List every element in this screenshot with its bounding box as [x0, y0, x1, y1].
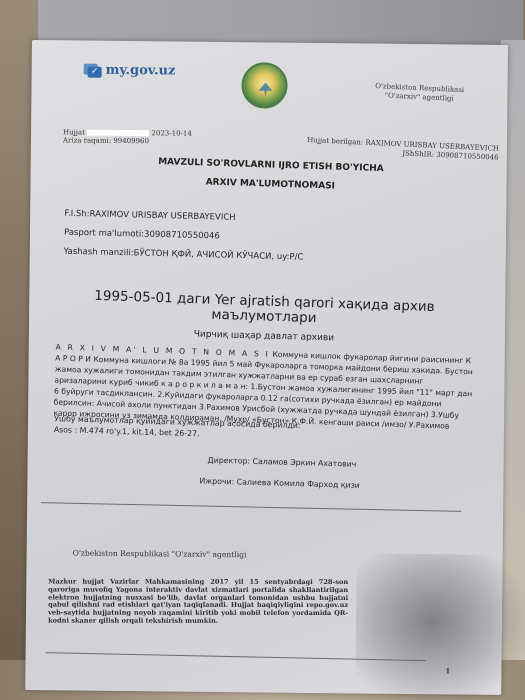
legal-disclaimer: Mazkur hujjat Vazirlar Mahkamasining 201… — [48, 579, 348, 626]
logo-text: my.gov.uz — [106, 63, 176, 79]
doc-date-label: Hujjat — [63, 128, 85, 136]
application-number: Ariza raqami: 99409960 — [63, 136, 192, 145]
issued-to-label: Hujjat berilgan: — [307, 136, 363, 147]
document-page: ✓ my.gov.uz O'zbekiston Respublikasi "O'… — [25, 40, 508, 695]
mygov-logo: ✓ my.gov.uz — [84, 63, 176, 79]
application-value: 99409960 — [113, 137, 149, 145]
pinfl-label: JShShIR: — [402, 149, 434, 158]
page-number: 1 — [445, 666, 450, 675]
footer-divider — [46, 652, 426, 661]
document-heading: MAVZULI SO'ROVLARNI IJRO ETISH BO'YICHA … — [90, 151, 451, 200]
application-label: Ariza raqami: — [63, 136, 111, 145]
document-title: 1995-05-01 даги Yer ajratish qarori хақи… — [69, 288, 460, 331]
state-emblem-icon — [241, 62, 287, 108]
document-meta: Hujjat 2023-10-14 Ariza raqami: 99409960 — [63, 128, 192, 145]
person-details: F.I.Sh:RAXIMOV URISBAY USERBAYEVICH Pasp… — [63, 205, 304, 268]
archive-name: Чирчиқ шаҳар давлат архиви — [119, 327, 409, 345]
pinfl-value: 30908710550046 — [436, 151, 499, 162]
executor-signature: Ижрочи: Салиева Комила Фарход қизи — [199, 476, 360, 489]
footer-agency: O'zbekiston Respublikasi "O'zarxiv" agen… — [73, 548, 247, 559]
director-signature: Директор: Саламов Эркин Ахатович — [207, 456, 356, 469]
redacted-region — [87, 130, 149, 137]
checkmark-cards-icon: ✓ — [84, 63, 102, 77]
agency-header: O'zbekiston Respublikasi "O'zarxiv" agen… — [349, 81, 490, 105]
shadow-overlay — [355, 553, 525, 700]
divider — [41, 502, 461, 512]
doc-date-value: 2023-10-14 — [151, 129, 191, 137]
